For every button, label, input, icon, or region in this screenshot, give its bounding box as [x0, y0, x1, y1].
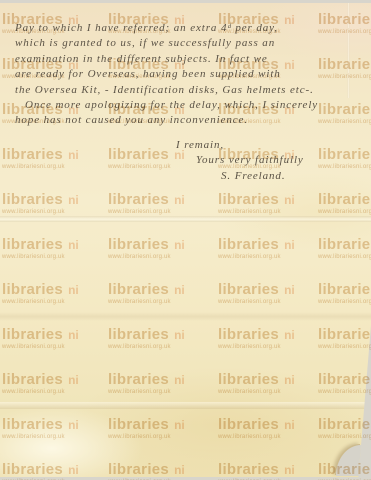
letter-line: the Oversea Kit, - Identification disks,… — [15, 83, 318, 98]
horizontal-fold-crease — [0, 216, 371, 222]
letter-line: examination in the different subjects. I… — [15, 52, 318, 67]
letter-remain: I remain, — [176, 139, 224, 151]
letter-valediction: Yours very faithfully — [196, 154, 304, 166]
vertical-fold-crease — [347, 3, 350, 98]
letter-line: are ready for Overseas, having been supp… — [15, 67, 318, 82]
letter-line: hope has not caused you any inconvenienc… — [15, 113, 318, 128]
letter-line: Once more apologizing for the delay, whi… — [15, 98, 318, 113]
letter-line: Pay to which I have referred; an extra 4… — [15, 21, 318, 36]
letter-signature: S. Freeland. — [221, 170, 285, 182]
letter-line: which is granted to us, if we successful… — [15, 36, 318, 51]
horizontal-fold-crease — [0, 312, 371, 321]
letter-body: Pay to which I have referred; an extra 4… — [15, 21, 318, 129]
horizontal-fold-crease — [0, 402, 371, 409]
folded-corner — [336, 445, 361, 476]
